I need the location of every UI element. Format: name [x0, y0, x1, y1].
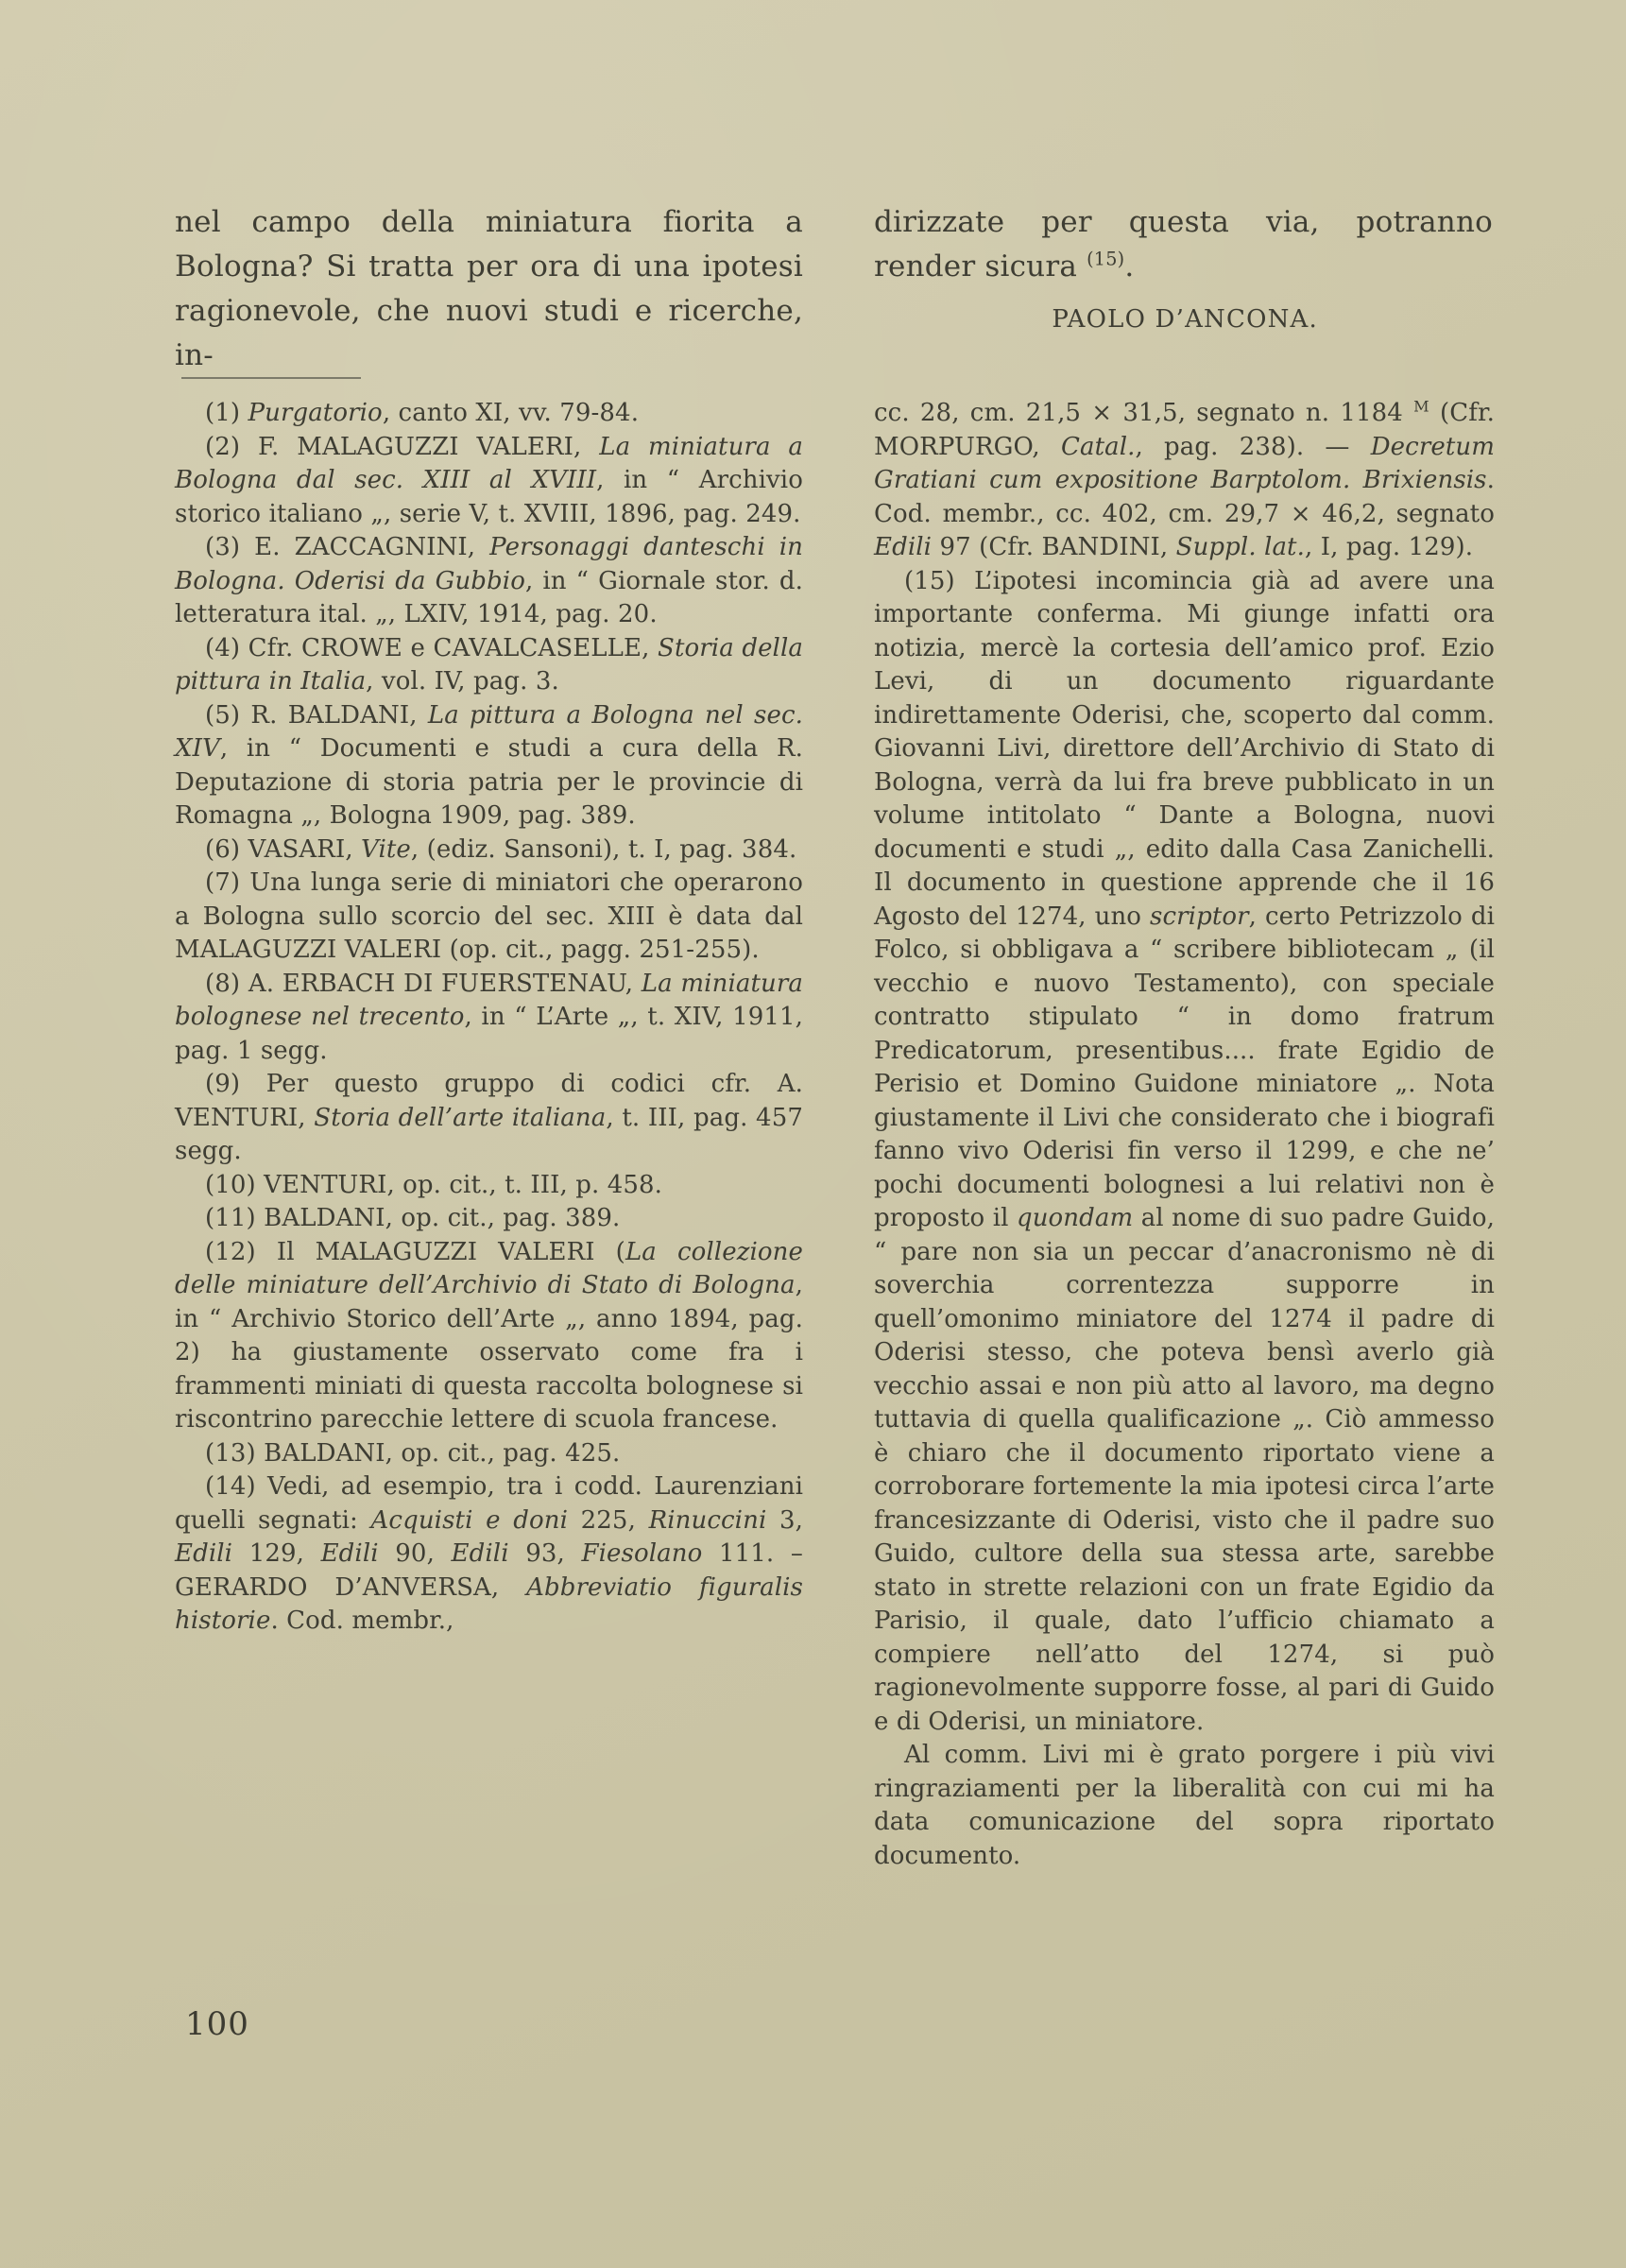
closing-paragraph: Al comm. Livi mi è grato porgere i più v… — [874, 1739, 1495, 1873]
footnote-9: (9) Per questo gruppo di codici cfr. A. … — [175, 1068, 803, 1169]
footnote-14: (14) Vedi, ad esempio, tra i codd. Laure… — [175, 1470, 803, 1639]
footnotes-section: (1) Purgatorio, canto XI, vv. 79-84.(2) … — [175, 397, 1495, 1873]
footnote-6: (6) VASARI, Vite, (ediz. Sansoni), t. I,… — [175, 833, 803, 868]
text-run: nel campo della miniatura fiorita a Bolo… — [175, 205, 803, 372]
italic-title-text: Purgatorio — [248, 399, 383, 427]
text-run: , certo Petrizzolo di Folco, si obbligav… — [874, 902, 1495, 1233]
author-signature: PAOLO D’ANCONA. — [874, 304, 1493, 335]
text-run: (10) VENTURI, op. cit., t. III, p. 458. — [205, 1171, 662, 1199]
body-left-column: nel campo della miniatura fiorita a Bolo… — [175, 200, 803, 378]
footnote-3: (3) E. ZACCAGNINI, Personaggi danteschi … — [175, 531, 803, 632]
italic-title-text: Catal. — [1061, 433, 1136, 461]
italic-title-text: Vite — [361, 835, 411, 864]
footnote-2: (2) F. MALAGUZZI VALERI, La miniatura a … — [175, 431, 803, 532]
text-run: (15) L’ipotesi incomincia già ad avere u… — [874, 567, 1495, 931]
text-run: 225, — [568, 1506, 649, 1535]
body-right-column: dirizzate per questa via, potranno rende… — [874, 200, 1493, 378]
text-run: cc. 28, cm. 21,5 × 31,5, segnato n. 1184 — [874, 399, 1413, 427]
footnote-13: (13) BALDANI, op. cit., pag. 425. — [175, 1437, 803, 1471]
italic-title-text: Edili — [321, 1539, 379, 1568]
italic-title-text: Rinuccini — [649, 1506, 767, 1535]
article-body-section: nel campo della miniatura fiorita a Bolo… — [175, 200, 1493, 378]
superscript-note-ref: M — [1413, 397, 1429, 415]
italic-title-text: Edili — [175, 1539, 232, 1568]
body-left-paragraph: nel campo della miniatura fiorita a Bolo… — [175, 200, 803, 378]
text-run: 90, — [379, 1539, 452, 1568]
superscript-note-ref: (15) — [1087, 249, 1124, 270]
text-run: , canto XI, vv. 79-84. — [383, 399, 639, 427]
footnote-15: (15) L’ipotesi incomincia già ad avere u… — [874, 565, 1495, 1740]
footnote-8: (8) A. ERBACH DI FUERSTENAU, La miniatur… — [175, 968, 803, 1069]
footnote-14-continuation: cc. 28, cm. 21,5 × 31,5, segnato n. 1184… — [874, 397, 1495, 565]
italic-title-text: Edili — [452, 1539, 509, 1568]
footnotes-right-column: cc. 28, cm. 21,5 × 31,5, segnato n. 1184… — [874, 397, 1495, 1873]
text-run: Al comm. Livi mi è grato porgere i più v… — [874, 1741, 1495, 1870]
footnote-12: (12) Il MALAGUZZI VALERI (La collezione … — [175, 1236, 803, 1437]
page-number: 100 — [185, 2005, 249, 2043]
footnote-11: (11) BALDANI, op. cit., pag. 389. — [175, 1202, 803, 1236]
text-run: (11) BALDANI, op. cit., pag. 389. — [205, 1204, 620, 1232]
footnotes-left-column: (1) Purgatorio, canto XI, vv. 79-84.(2) … — [175, 397, 803, 1873]
text-run: 93, — [509, 1539, 582, 1568]
italic-title-text: Suppl. lat. — [1176, 533, 1305, 561]
footnote-separator-rule — [181, 377, 361, 379]
italic-title-text: Fiesolano — [582, 1539, 703, 1568]
footnote-7: (7) Una lunga serie di miniatori che ope… — [175, 867, 803, 968]
text-run: , in “ Documenti e studi a cura della R.… — [175, 734, 803, 830]
text-run: . Cod. membr., — [270, 1606, 454, 1635]
body-right-paragraph: dirizzate per questa via, potranno rende… — [874, 200, 1493, 289]
text-run: (3) E. ZACCAGNINI, — [205, 533, 489, 561]
text-run: 97 (Cfr. BANDINI, — [932, 533, 1176, 561]
text-run: dirizzate per questa via, potranno rende… — [874, 205, 1493, 283]
text-run: (6) VASARI, — [205, 835, 361, 864]
italic-title-text: quondam — [1017, 1204, 1133, 1232]
text-run: (13) BALDANI, op. cit., pag. 425. — [205, 1439, 620, 1468]
text-run: . — [1124, 249, 1134, 283]
italic-title-text: Storia dell’arte italiana — [314, 1104, 606, 1132]
text-run: , I, pag. 129). — [1305, 533, 1473, 561]
text-run: , vol. IV, pag. 3. — [366, 667, 559, 696]
text-run: , (ediz. Sansoni), t. I, pag. 384. — [411, 835, 796, 864]
scanned-journal-page: nel campo della miniatura fiorita a Bolo… — [0, 0, 1626, 2268]
footnote-5: (5) R. BALDANI, La pittura a Bologna nel… — [175, 699, 803, 833]
text-run: , pag. 238). — — [1136, 433, 1371, 461]
text-run: 3, — [766, 1506, 803, 1535]
text-run: (12) Il MALAGUZZI VALERI ( — [205, 1238, 625, 1266]
italic-title-text: scriptor — [1150, 902, 1249, 931]
text-run: al nome di suo padre Guido, “ pare non s… — [874, 1204, 1495, 1736]
text-run: (7) Una lunga serie di miniatori che ope… — [175, 868, 803, 964]
text-run: (1) — [205, 399, 248, 427]
text-run: (2) F. MALAGUZZI VALERI, — [205, 433, 599, 461]
text-run: (8) A. ERBACH DI FUERSTENAU, — [205, 970, 642, 998]
italic-title-text: Acquisti e doni — [371, 1506, 568, 1535]
footnote-1: (1) Purgatorio, canto XI, vv. 79-84. — [175, 397, 803, 431]
text-run: (5) R. BALDANI, — [205, 701, 428, 730]
italic-title-text: Edili — [874, 533, 932, 561]
footnote-4: (4) Cfr. CROWE e CAVALCASELLE, Storia de… — [175, 632, 803, 699]
text-run: 129, — [232, 1539, 321, 1568]
text-run: (4) Cfr. CROWE e CAVALCASELLE, — [205, 634, 658, 662]
footnote-10: (10) VENTURI, op. cit., t. III, p. 458. — [175, 1169, 803, 1203]
